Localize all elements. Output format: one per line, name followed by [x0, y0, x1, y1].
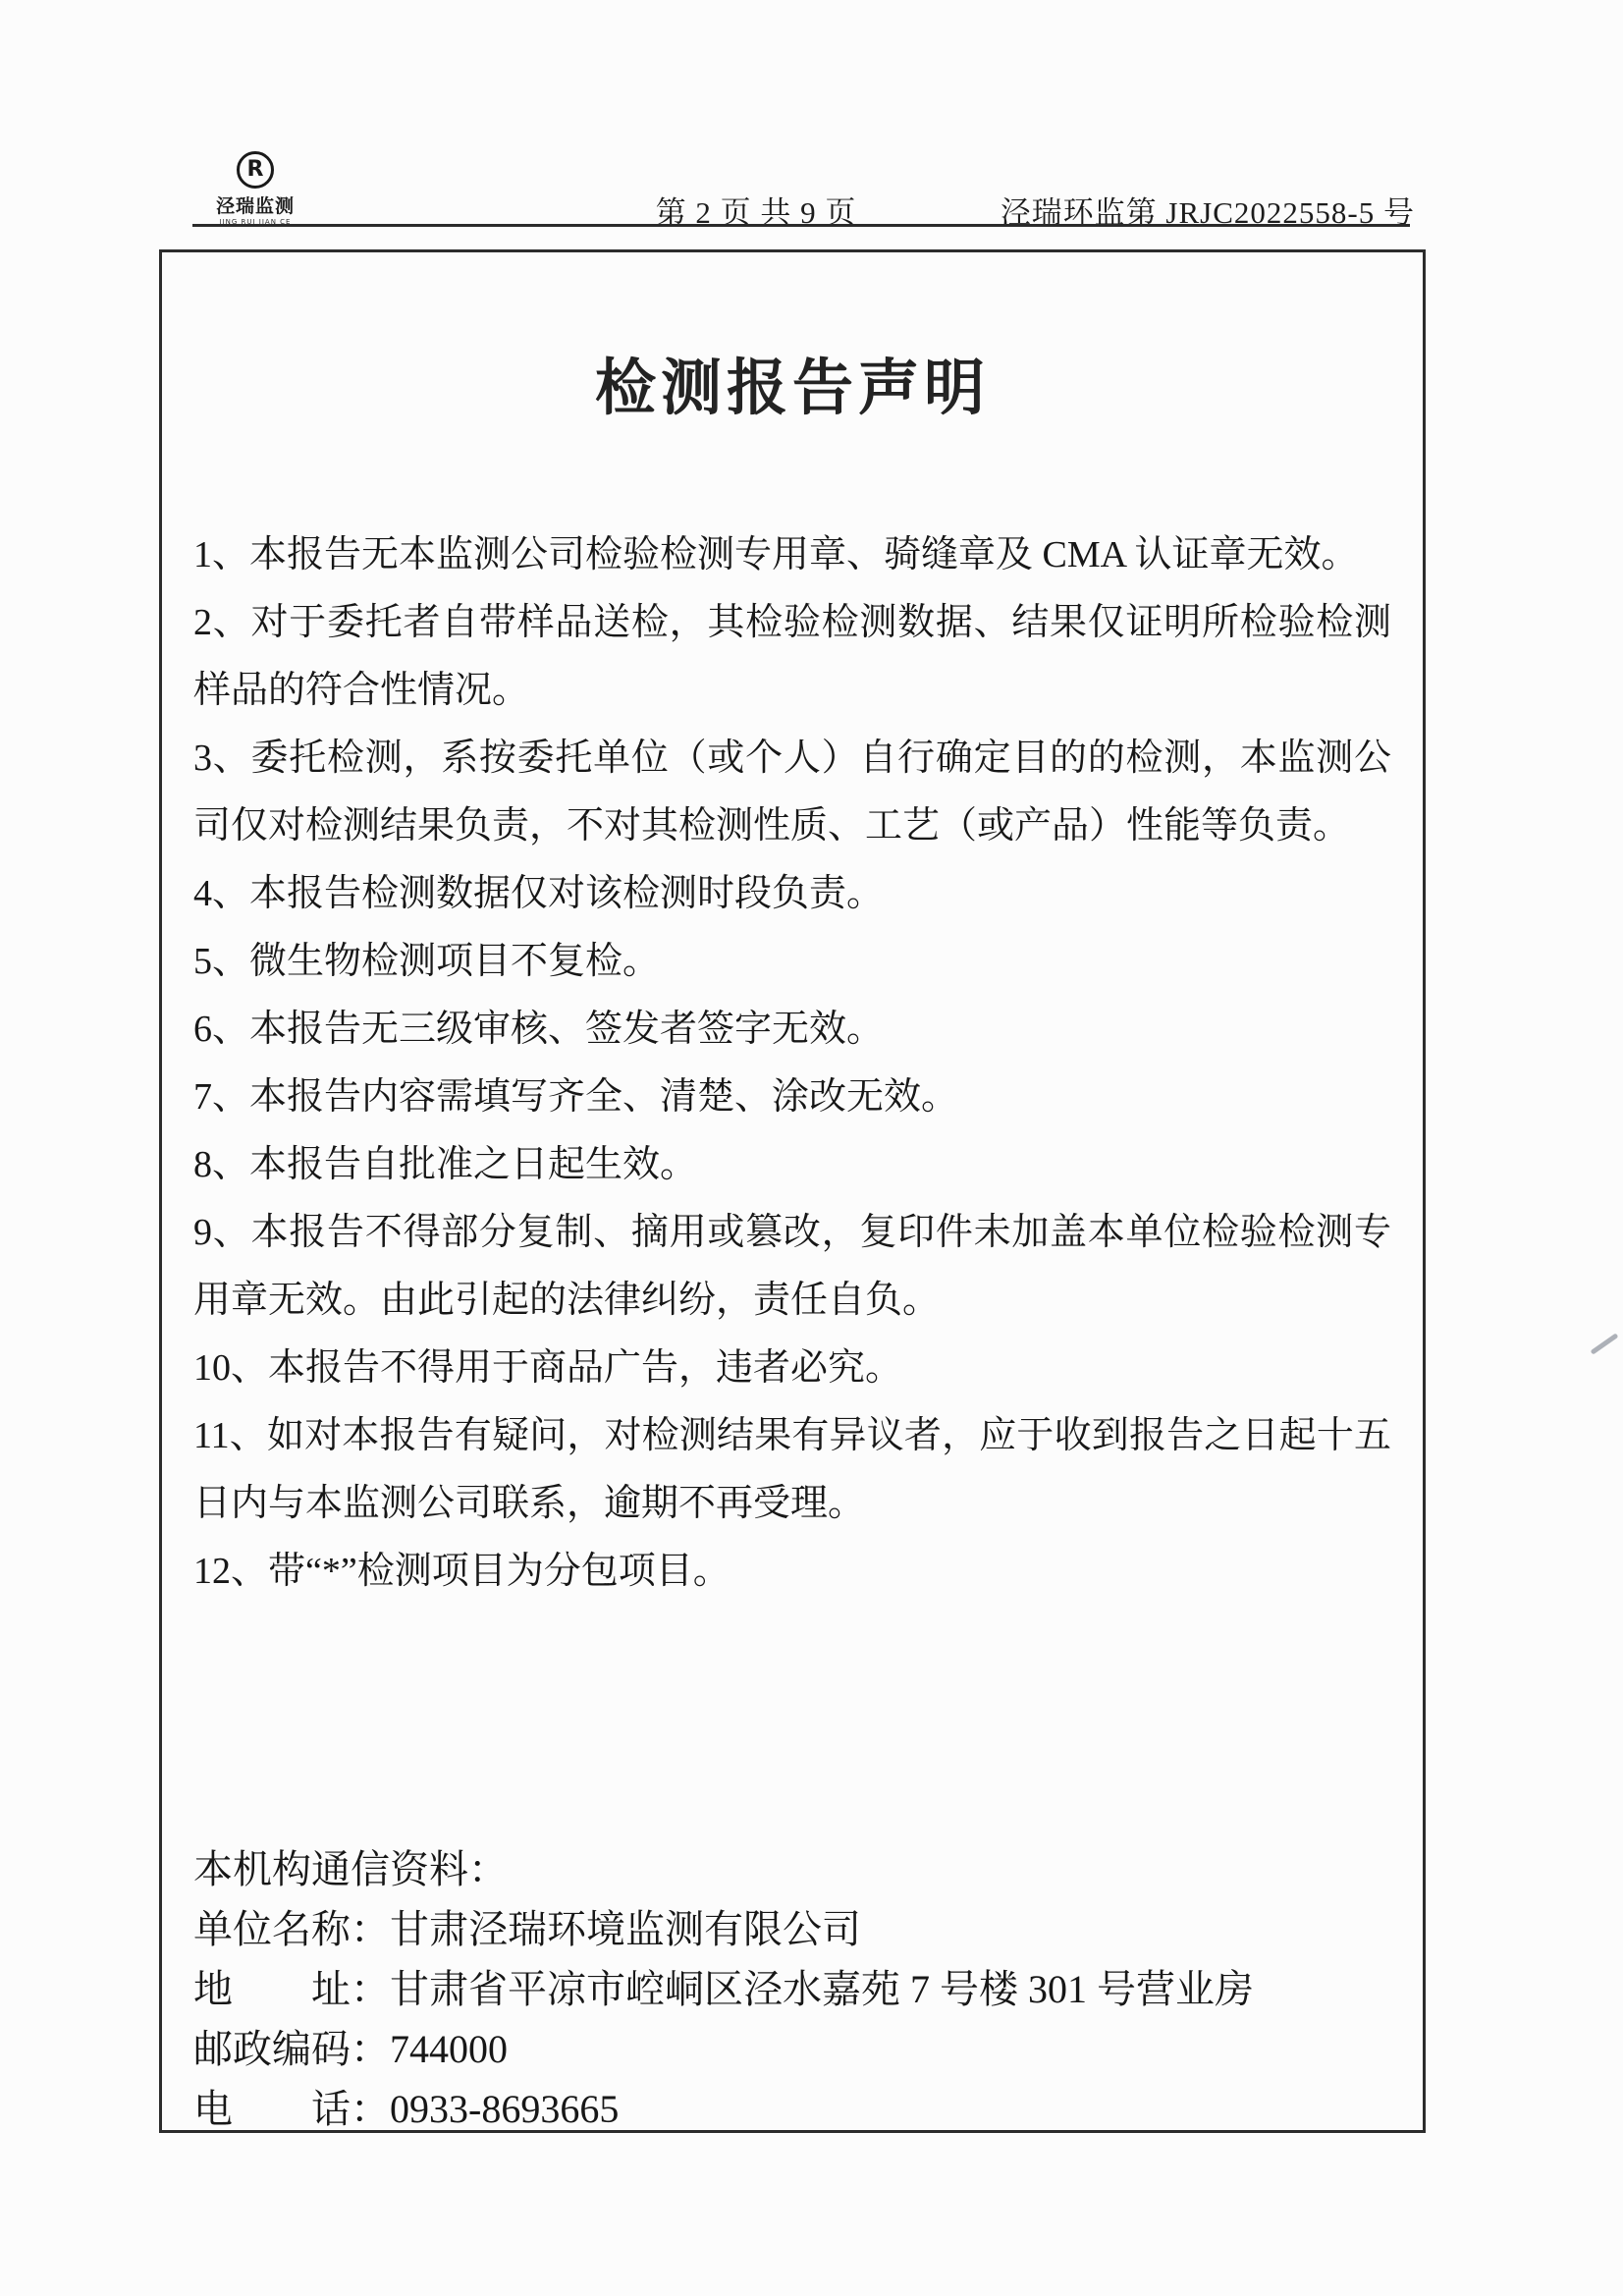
contact-phone: 电 话：0933-8693665 — [193, 2079, 1391, 2133]
statement-item-12: 12、带“*”检测项目为分包项目。 — [193, 1538, 1391, 1606]
contact-block: 本机构通信资料： 单位名称：甘肃泾瑞环境监测有限公司 地 址：甘肃省平凉市崆峒区… — [193, 1839, 1391, 2133]
logo-name-cn: 泾瑞监测 — [194, 191, 316, 218]
statement-item-9: 9、本报告不得部分复制、摘用或篡改，复印件未加盖本单位检验检测专用章无效。由此引… — [193, 1199, 1391, 1335]
statement-item-7: 7、本报告内容需填写齐全、清楚、涂改无效。 — [193, 1064, 1391, 1131]
statement-item-8: 8、本报告自批准之日起生效。 — [193, 1131, 1391, 1199]
document-title: 检测报告声明 — [193, 339, 1391, 426]
company-logo: R 泾瑞监测 JING RUI JIAN CE — [194, 151, 316, 226]
statement-item-11: 11、如对本报告有疑问，对检测结果有异议者，应于收到报告之日起十五日内与本监测公… — [193, 1402, 1391, 1538]
contact-intro: 本机构通信资料： — [193, 1839, 1391, 1899]
statement-item-10: 10、本报告不得用于商品广告，违者必究。 — [193, 1335, 1391, 1402]
contact-postal-code: 邮政编码：744000 — [193, 2019, 1391, 2079]
statement-item-3: 3、委托检测，系按委托单位（或个人）自行确定目的的检测，本监测公司仅对检测结果负… — [193, 725, 1391, 860]
header-rule — [192, 224, 1410, 227]
statement-item-4: 4、本报告检测数据仅对该检测时段负责。 — [193, 860, 1391, 928]
statement-item-5: 5、微生物检测项目不复检。 — [193, 928, 1391, 996]
statement-item-2: 2、对于委托者自带样品送检，其检验检测数据、结果仅证明所检验检测样品的符合性情况… — [193, 589, 1391, 725]
statements-list: 1、本报告无本监测公司检验检测专用章、骑缝章及 CMA 认证章无效。 2、对于委… — [193, 521, 1391, 1606]
document-page: R 泾瑞监测 JING RUI JIAN CE 第 2 页 共 9 页 泾瑞环监… — [0, 0, 1623, 2296]
logo-monogram-icon: R — [237, 151, 274, 189]
statement-item-6: 6、本报告无三级审核、签发者签字无效。 — [193, 996, 1391, 1064]
contact-company-name: 单位名称：甘肃泾瑞环境监测有限公司 — [193, 1899, 1391, 1959]
statement-box: 检测报告声明 1、本报告无本监测公司检验检测专用章、骑缝章及 CMA 认证章无效… — [159, 249, 1426, 2133]
statement-item-1: 1、本报告无本监测公司检验检测专用章、骑缝章及 CMA 认证章无效。 — [193, 521, 1391, 589]
contact-address: 地 址：甘肃省平凉市崆峒区泾水嘉苑 7 号楼 301 号营业房 — [193, 1959, 1391, 2019]
logo-monogram: R — [247, 159, 264, 181]
scan-artifact — [1590, 1333, 1618, 1354]
